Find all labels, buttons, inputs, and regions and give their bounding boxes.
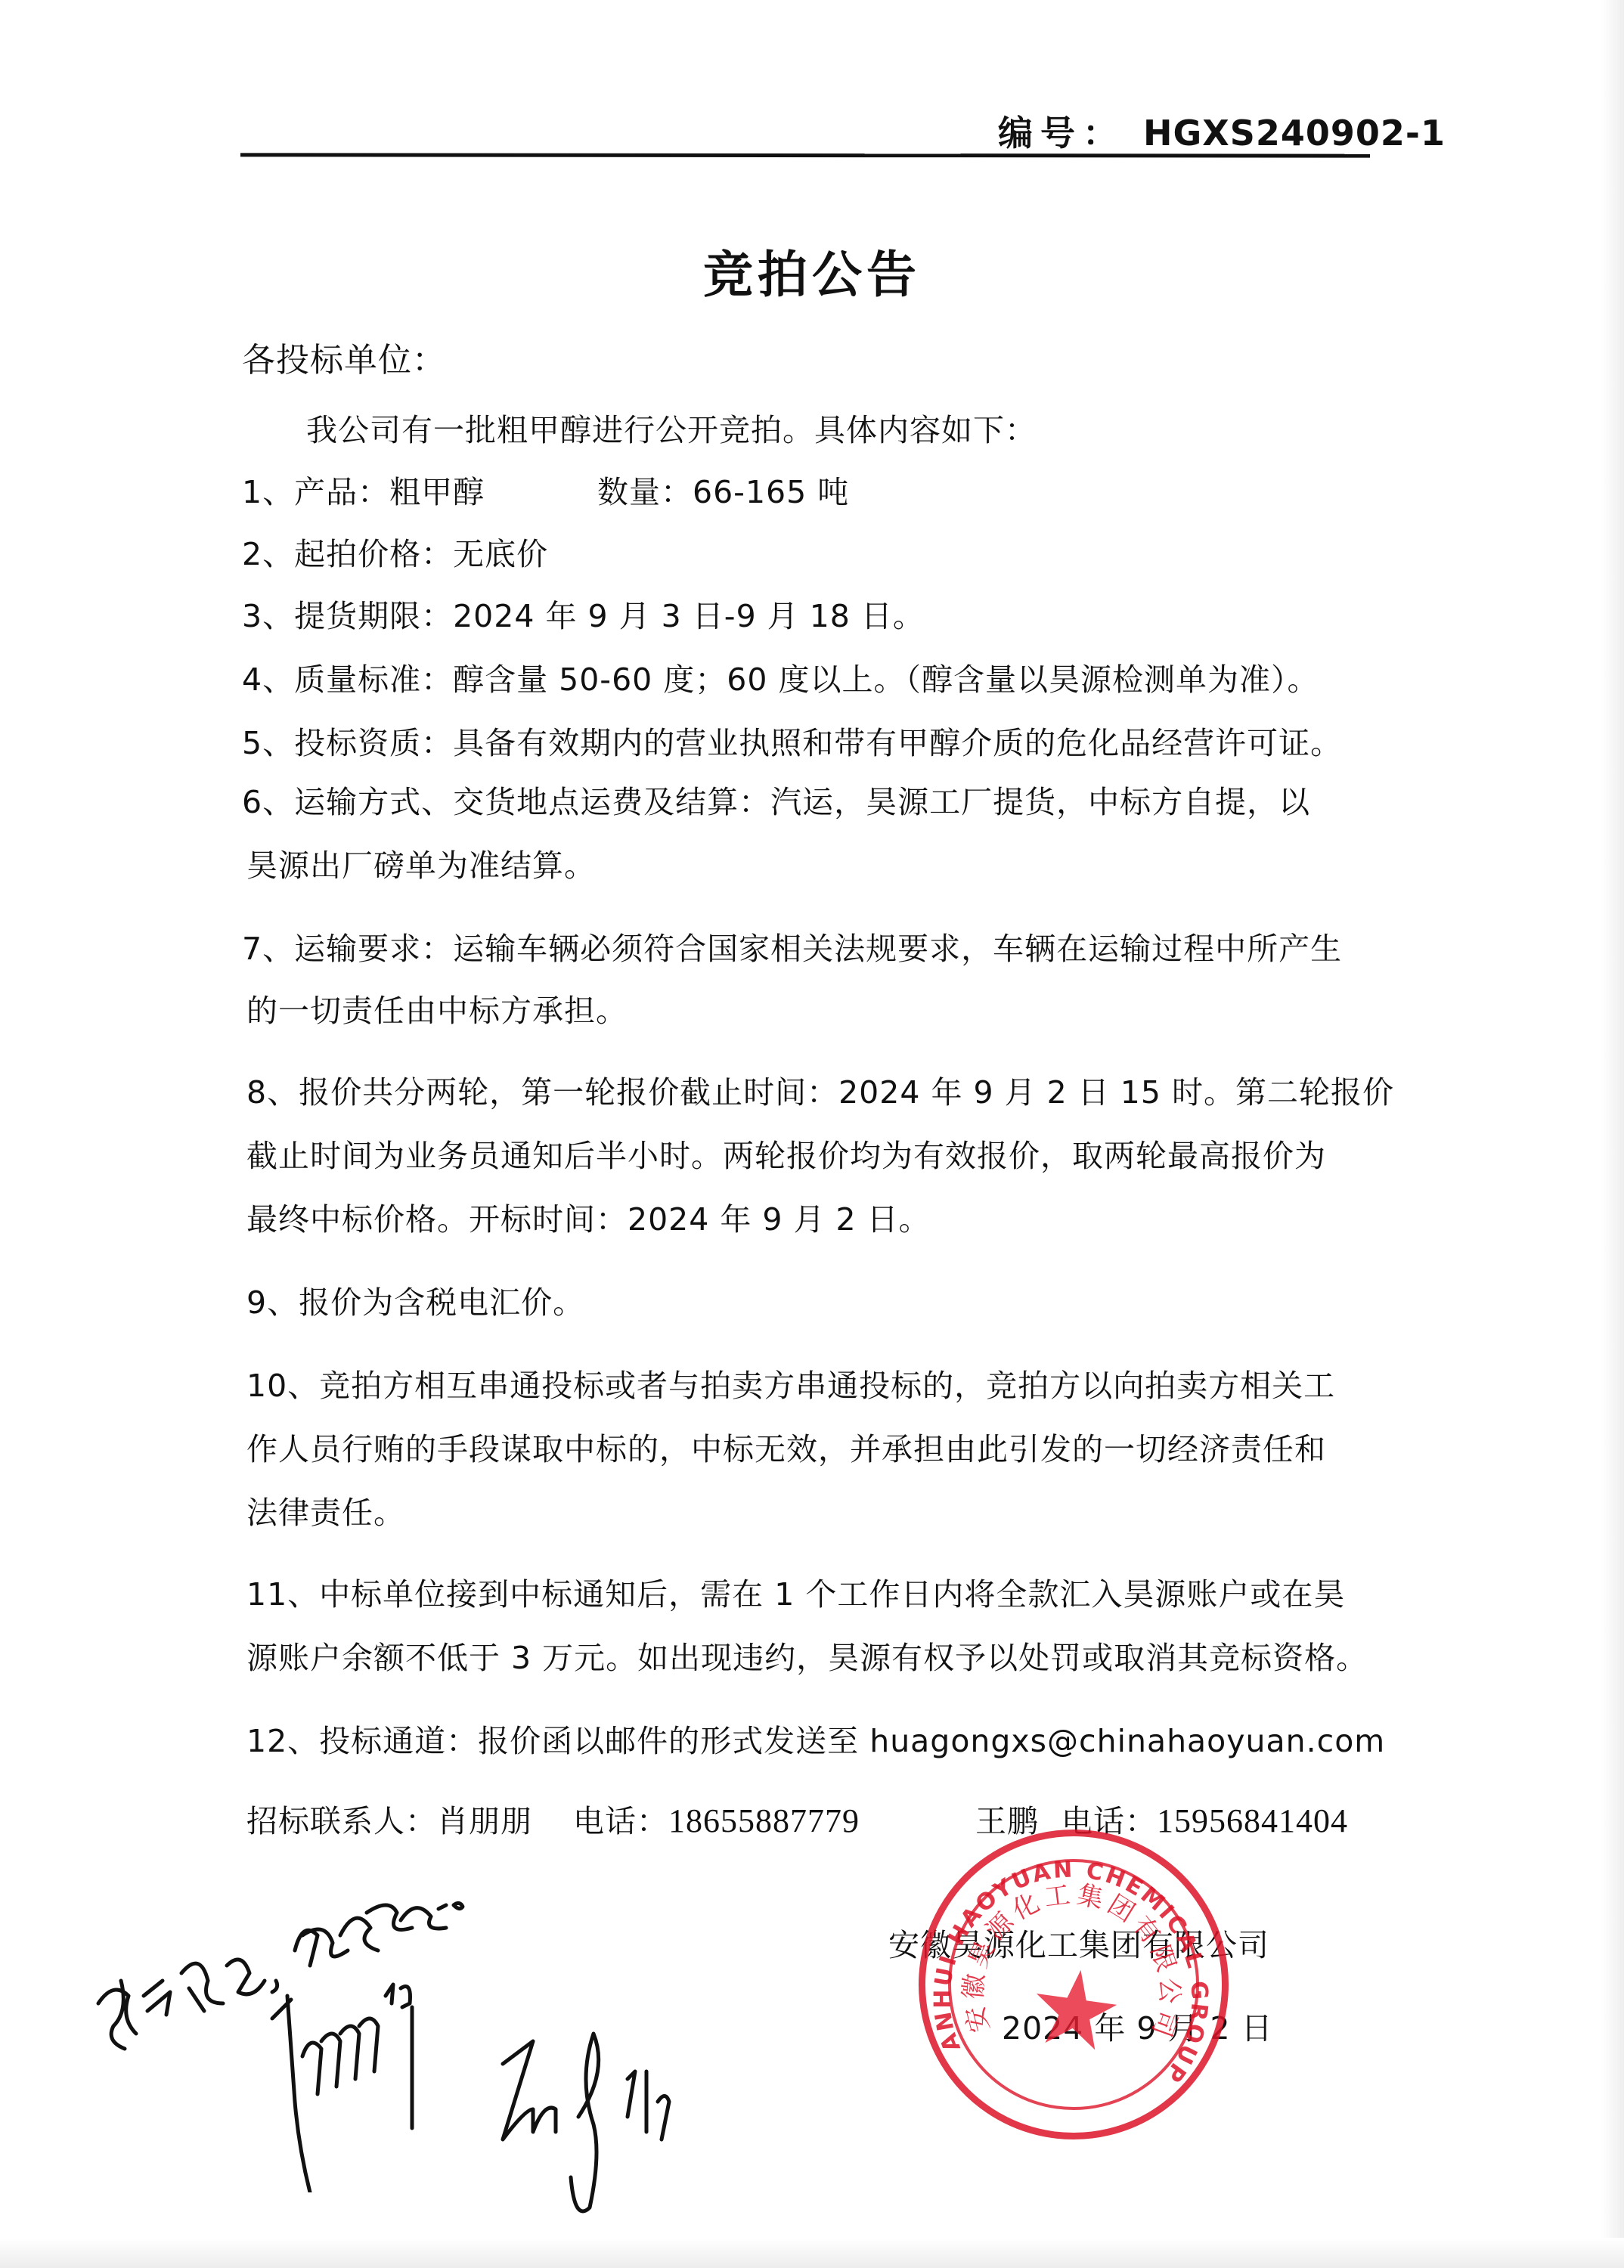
item-text: 报价为含税电汇价。 [299,1284,584,1321]
company-seal: ANHUI HAOYUAN CHEMICAL GROUP CO.,LTD. 安徽… [898,1809,1248,2159]
item-1: 1、产品：粗甲醇 [242,467,485,512]
phone-1: 18655887779 [668,1802,860,1839]
item-text: 起拍价格：无底价 [294,536,548,572]
item-text: 提货期限：2024 年 9 月 3 日-9 月 18 日。 [294,598,925,634]
document-number-value: HGXS240902-1 [1143,113,1446,153]
item-text: 中标单位接到中标通知后，需在 1 个工作日内将全款汇入昊源账户或在昊 [319,1576,1345,1613]
contact-label: 招标联系人： [246,1803,437,1839]
contact-line-1: 招标联系人：肖朋朋 电话：18655887779 [246,1796,860,1841]
item-8-cont-2: 最终中标价格。开标时间：2024 年 9 月 2 日。 [246,1194,931,1239]
item-8-cont-1: 截止时间为业务员通知后半小时。两轮报价均为有效报价，取两轮最高报价为 [246,1131,1326,1176]
header-rule [240,153,1370,157]
item-number: 7、 [242,931,294,967]
item-number: 3、 [242,598,294,634]
item-number: 8、 [246,1074,299,1111]
page-edge-shadow-bottom [0,2238,1624,2268]
seal-star-icon: ★ [1021,1952,1130,2070]
phone-2: 15956841404 [1157,1802,1348,1839]
item-9: 9、报价为含税电汇价。 [246,1278,584,1322]
item-12: 12、投标通道：报价函以邮件的形式发送至 huagongxs@chinahaoy… [246,1716,1385,1761]
item-number: 9、 [246,1284,299,1321]
item-6: 6、运输方式、交货地点运费及结算：汽运，昊源工厂提货，中标方自提，以 [242,777,1310,822]
item-number: 6、 [242,784,294,820]
item-text: 质量标准：醇含量 50-60 度；60 度以上。（醇含量以昊源检测单为准）。 [294,661,1319,698]
item-number: 1、 [242,474,294,510]
salutation: 各投标单位： [242,333,446,381]
item-text: 运输要求：运输车辆必须符合国家相关法规要求，车辆在运输过程中所产生 [294,931,1342,967]
item-text: 报价共分两轮，第一轮报价截止时间：2024 年 9 月 2 日 15 时。第二轮… [299,1074,1394,1111]
item-number: 11、 [246,1576,319,1613]
item-number: 4、 [242,661,294,698]
item-7-cont: 的一切责任由中标方承担。 [246,986,628,1030]
item-4: 4、质量标准：醇含量 50-60 度；60 度以上。（醇含量以昊源检测单为准）。 [242,655,1319,699]
item-product: 产品：粗甲醇 [294,474,485,510]
item-1-quantity: 数量：66-165 吨 [597,467,849,512]
item-3: 3、提货期限：2024 年 9 月 3 日-9 月 18 日。 [242,591,925,636]
item-number: 5、 [242,725,294,761]
signature-2 [454,1996,771,2223]
item-number: 10、 [246,1368,319,1404]
intro-paragraph: 我公司有一批粗甲醇进行公开竞拍。具体内容如下： [306,405,1037,450]
item-2: 2、起拍价格：无底价 [242,529,548,574]
item-text: 竞拍方相互串通投标或者与拍卖方串通投标的，竞拍方以向拍卖方相关工 [319,1368,1335,1404]
item-10-cont-1: 作人员行贿的手段谋取中标的，中标无效，并承担由此引发的一切经济责任和 [246,1424,1326,1469]
page-title: 竞拍公告 [0,234,1624,306]
item-text: 运输方式、交货地点运费及结算：汽运，昊源工厂提货，中标方自提，以 [294,784,1310,820]
item-8: 8、报价共分两轮，第一轮报价截止时间：2024 年 9 月 2 日 15 时。第… [246,1067,1394,1112]
item-10-cont-2: 法律责任。 [246,1488,405,1532]
item-number: 12、 [246,1723,319,1759]
item-11: 11、中标单位接到中标通知后，需在 1 个工作日内将全款汇入昊源账户或在昊 [246,1569,1345,1614]
item-text: 投标通道：报价函以邮件的形式发送至 huagongxs@chinahaoyuan… [319,1723,1385,1759]
item-text: 投标资质：具备有效期内的营业执照和带有甲醇介质的危化品经营许可证。 [294,725,1342,761]
phone-label-1: 电话： [573,1803,668,1839]
document-page: 编号：HGXS240902-1 竞拍公告 各投标单位： 我公司有一批粗甲醇进行公… [0,0,1624,2268]
contact-name-1: 肖朋朋 [437,1803,532,1839]
item-7: 7、运输要求：运输车辆必须符合国家相关法规要求，车辆在运输过程中所产生 [242,924,1342,968]
item-10: 10、竞拍方相互串通投标或者与拍卖方串通投标的，竞拍方以向拍卖方相关工 [246,1361,1335,1405]
page-edge-shadow [1601,0,1624,2268]
document-number: 编号：HGXS240902-1 [998,106,1446,156]
item-11-cont: 源账户余额不低于 3 万元。如出现违约，昊源有权予以处罚或取消其竞标资格。 [246,1633,1368,1678]
document-number-label: 编号： [998,113,1125,153]
item-6-cont: 昊源出厂磅单为准结算。 [246,841,596,885]
item-5: 5、投标资质：具备有效期内的营业执照和带有甲醇介质的危化品经营许可证。 [242,718,1342,763]
item-number: 2、 [242,536,294,572]
